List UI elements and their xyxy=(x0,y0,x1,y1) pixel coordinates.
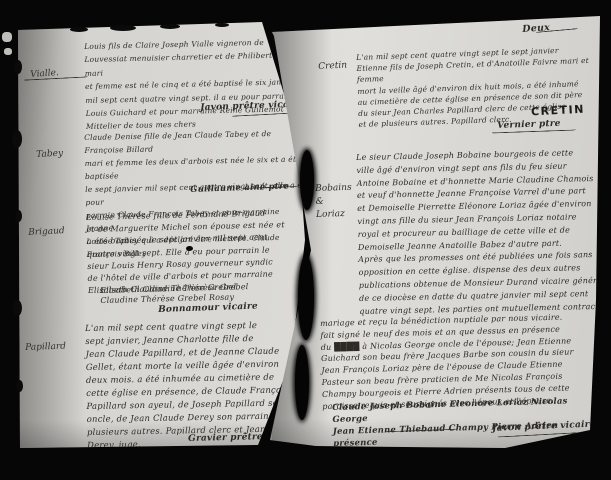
paper-remnant xyxy=(2,32,12,42)
scanned-register-spread: Vialle. Louis fils de Claire Joseph Vial… xyxy=(0,0,611,480)
ink-speck xyxy=(13,300,22,316)
gutter-shadow xyxy=(295,345,309,420)
entry-text: L'an mil sept cent quatre vingt sept le … xyxy=(356,43,605,130)
margin-name-bobains-loriaz: Bobains & Loriaz xyxy=(315,182,353,222)
ink-speck xyxy=(160,24,180,29)
ink-speck xyxy=(110,25,136,31)
ink-speck xyxy=(16,380,23,392)
ink-speck xyxy=(186,246,193,251)
ink-speck xyxy=(215,23,229,27)
gutter-shadow xyxy=(300,150,314,210)
priest-signature: Bonnamour vicaire xyxy=(158,302,258,315)
ink-speck xyxy=(70,27,88,32)
ink-speck xyxy=(12,130,22,148)
gutter-shadow xyxy=(298,255,314,340)
ink-speck xyxy=(15,210,22,222)
paper-remnant xyxy=(4,48,12,55)
entry-text: Louis fils de Claire Joseph Vialle vigne… xyxy=(84,35,308,134)
margin-name-cretin: Cretin xyxy=(318,60,347,71)
entry-text: Le sieur Claude Joseph Bobaine bourgeois… xyxy=(356,147,605,318)
margin-name-papillard: Papillard xyxy=(25,342,66,353)
page-number-handwritten: Deux xyxy=(522,22,550,35)
priest-signature: Vernier ptre xyxy=(497,119,561,131)
ink-speck xyxy=(14,60,22,74)
witness-signatures: Elisabeth Claudine Thérèse Grebel Claudi… xyxy=(100,281,300,306)
margin-name-tabey: Tabey xyxy=(36,149,63,160)
margin-name-brigaud: Brigaud xyxy=(28,226,65,238)
